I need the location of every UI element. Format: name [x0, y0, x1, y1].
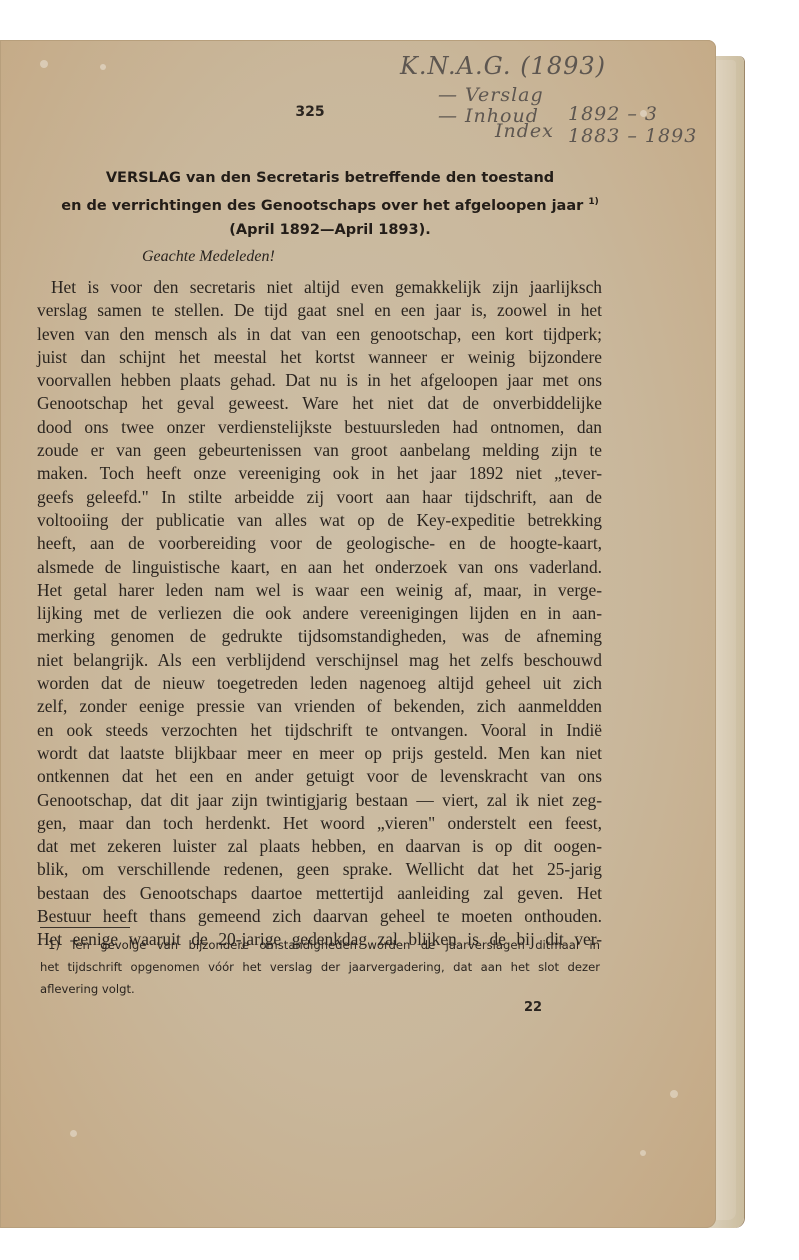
title-line: VERSLAG van den Secretaris betreffende d… [0, 166, 660, 190]
handwritten-line: 1892 – 3 [568, 103, 658, 125]
body-line: bestaan des Genootschaps daartoe mettert… [37, 882, 602, 905]
body-line: heeft, aan de voorbereiding voor de geol… [37, 532, 602, 555]
body-paragraph: Het is voor den secretaris niet altijd e… [37, 276, 602, 952]
body-line: Genootschap het geval geweest. Ware het … [37, 392, 602, 415]
body-line: Genootschap, dat dit jaar zijn twintigja… [37, 789, 602, 812]
salutation: Geachte Medeleden! [142, 248, 275, 266]
body-line: maken. Toch heeft onze vereeniging ook i… [37, 462, 602, 485]
foxing-spot [670, 1090, 678, 1098]
body-line: leven van den mensch als in dat van een … [37, 323, 602, 346]
title-line: (April 1892—April 1893). [0, 218, 660, 242]
body-line: Het getal harer leden nam wel is waar ee… [37, 579, 602, 602]
body-line: lijking met de verliezen die ook andere … [37, 602, 602, 625]
document-title: VERSLAG van den Secretaris betreffende d… [0, 166, 660, 242]
handwritten-line: K.N.A.G. (1893) [400, 52, 606, 80]
handwritten-line: — Verslag [438, 84, 544, 106]
footnote-divider [40, 927, 130, 928]
body-line: merking genomen de gedrukte tijdsomstand… [37, 625, 602, 648]
body-line: blik, om verschillende redenen, geen spr… [37, 858, 602, 881]
body-line: dood ons twee onzer verdienstelijkste be… [37, 416, 602, 439]
page-number: 325 [290, 104, 330, 120]
footnote-line: 1) Ten gevolge van bijzondere omstandigh… [40, 934, 600, 956]
body-line: niet belangrijk. Als een verblijdend ver… [37, 649, 602, 672]
handwritten-line: 1883 – 1893 [568, 125, 697, 147]
footnote-marker: 1) [588, 197, 598, 207]
foxing-spot [40, 60, 48, 68]
body-line: worden dat de nieuw toegetreden leden na… [37, 672, 602, 695]
footnote-line: aflevering volgt. [40, 978, 600, 1000]
body-line: zoude er van geen gebeurtenissen van gro… [37, 439, 602, 462]
body-line: dat met zekeren luister zal plaats hebbe… [37, 835, 602, 858]
body-line: voltooiing der publicatie van alles wat … [37, 509, 602, 532]
body-line: Bestuur heeft thans gemeend zich daarvan… [37, 905, 602, 928]
body-line: en ook steeds verzochten het tijdschrift… [37, 719, 602, 742]
body-line: verslag samen te stellen. De tijd gaat s… [37, 299, 602, 322]
foxing-spot [640, 1150, 646, 1156]
signature-number: 22 [524, 1000, 542, 1015]
body-line: juist dan schijnt het meestal het kortst… [37, 346, 602, 369]
handwritten-line: Index [495, 120, 554, 142]
footnote-line: het tijdschrift opgenomen vóór het versl… [40, 956, 600, 978]
body-line: Het is voor den secretaris niet altijd e… [37, 276, 602, 299]
body-line: alsmede de linguistische kaart, en aan h… [37, 556, 602, 579]
body-line: ontkennen dat het een en ander getuigt v… [37, 765, 602, 788]
body-line: wordt dat laatste blijkbaar meer en meer… [37, 742, 602, 765]
body-line: gen, maar dan toch herdenkt. Het woord „… [37, 812, 602, 835]
body-line: voorvallen hebben plaats gehad. Dat nu i… [37, 369, 602, 392]
footnote: 1) Ten gevolge van bijzondere omstandigh… [40, 934, 600, 1000]
title-line: en de verrichtingen des Genootschaps ove… [0, 190, 660, 218]
foxing-spot [70, 1130, 77, 1137]
body-line: zelf, zonder eenige pressie van vrienden… [37, 695, 602, 718]
foxing-spot [100, 64, 106, 70]
body-line: geefs geleefd." In stilte arbeidde zij v… [37, 486, 602, 509]
